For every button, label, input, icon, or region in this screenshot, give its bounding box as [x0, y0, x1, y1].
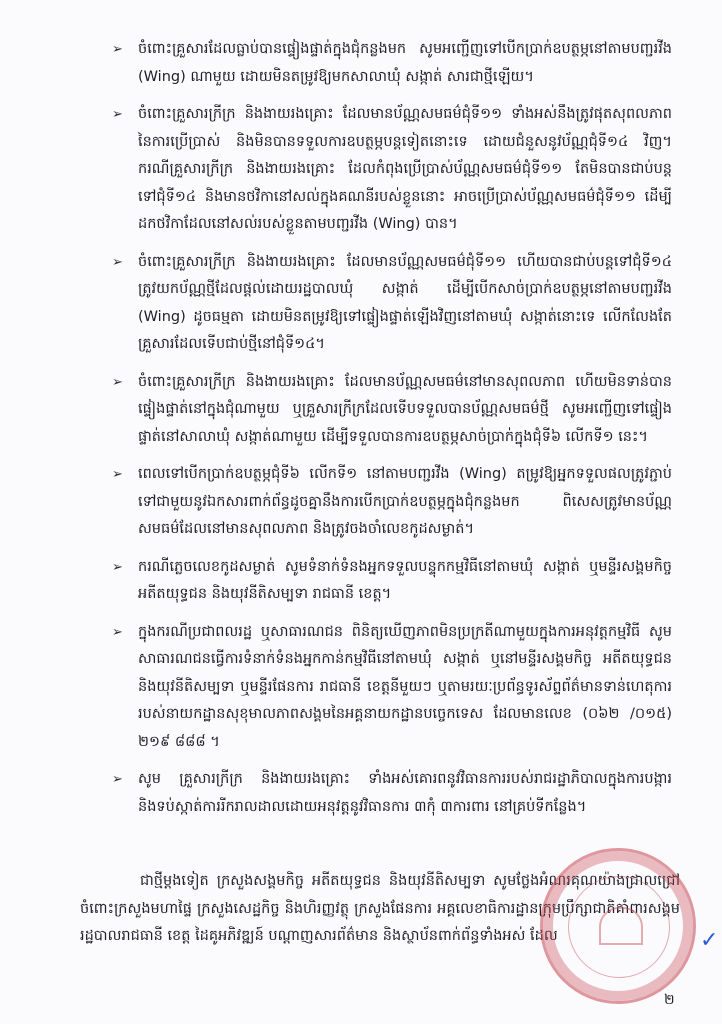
bullet-text: ចំពោះគ្រួសារដែលធ្លាប់បានផ្ទៀងផ្ទាត់ក្នុង… — [138, 41, 672, 85]
bullet-text: ចំពោះគ្រួសារក្រីក្រ និងងាយរងគ្រោះ ដែលមាន… — [138, 254, 672, 353]
arrow-bullet-icon: ➢ — [112, 249, 123, 277]
bullet-item: ➢ ពេលទៅបើកប្រាក់ឧបត្ថម្ភជុំទី៦ លើកទី១ នៅ… — [112, 461, 672, 544]
arrow-bullet-icon: ➢ — [112, 461, 123, 489]
bullet-text: ពេលទៅបើកប្រាក់ឧបត្ថម្ភជុំទី៦ លើកទី១ នៅតា… — [138, 466, 672, 537]
official-seal-icon — [540, 848, 696, 1004]
seal-inner-ring — [568, 876, 670, 978]
bullet-text: ចំពោះគ្រួសារក្រីក្រ និងងាយរងគ្រោះ ដែលមាន… — [138, 374, 672, 445]
bullet-item: ➢ ករណីភ្លេចលេខកូដសម្ងាត់ សូមទំនាក់ទំនងអ្… — [112, 554, 672, 609]
signature-mark-icon: ✓ — [700, 928, 718, 953]
page-number: ២ — [664, 990, 675, 1011]
arrow-bullet-icon: ➢ — [112, 619, 123, 647]
document-page: ➢ ចំពោះគ្រួសារដែលធ្លាប់បានផ្ទៀងផ្ទាត់ក្ន… — [0, 0, 722, 1024]
arrow-bullet-icon: ➢ — [112, 369, 123, 397]
bullet-text: ចំពោះគ្រួសារក្រីក្រ និងងាយរងគ្រោះ ដែលមាន… — [138, 106, 672, 232]
bullet-item: ➢ ចំពោះគ្រួសារដែលធ្លាប់បានផ្ទៀងផ្ទាត់ក្ន… — [112, 36, 672, 91]
bullet-text: ក្នុងករណីប្រជាពលរដ្ឋ ឬសាធារណជន ពិនិត្យឃើ… — [138, 624, 672, 750]
bullet-item: ➢ ក្នុងករណីប្រជាពលរដ្ឋ ឬសាធារណជន ពិនិត្យ… — [112, 619, 672, 757]
arrow-bullet-icon: ➢ — [112, 36, 123, 64]
bullet-list: ➢ ចំពោះគ្រួសារដែលធ្លាប់បានផ្ទៀងផ្ទាត់ក្ន… — [112, 36, 672, 831]
bullet-item: ➢ សូម គ្រួសារក្រីក្រ និងងាយរងគ្រោះ ទាំងអ… — [112, 766, 672, 821]
bullet-item: ➢ ចំពោះគ្រួសារក្រីក្រ និងងាយរងគ្រោះ ដែលម… — [112, 101, 672, 239]
bullet-text: សូម គ្រួសារក្រីក្រ និងងាយរងគ្រោះ ទាំងអស់… — [138, 771, 672, 815]
temple-emblem-icon — [599, 907, 643, 945]
arrow-bullet-icon: ➢ — [112, 101, 123, 129]
arrow-bullet-icon: ➢ — [112, 766, 123, 794]
bullet-item: ➢ ចំពោះគ្រួសារក្រីក្រ និងងាយរងគ្រោះ ដែលម… — [112, 249, 672, 359]
bullet-text: ករណីភ្លេចលេខកូដសម្ងាត់ សូមទំនាក់ទំនងអ្នក… — [138, 559, 672, 603]
bullet-item: ➢ ចំពោះគ្រួសារក្រីក្រ និងងាយរងគ្រោះ ដែលម… — [112, 369, 672, 452]
arrow-bullet-icon: ➢ — [112, 554, 123, 582]
